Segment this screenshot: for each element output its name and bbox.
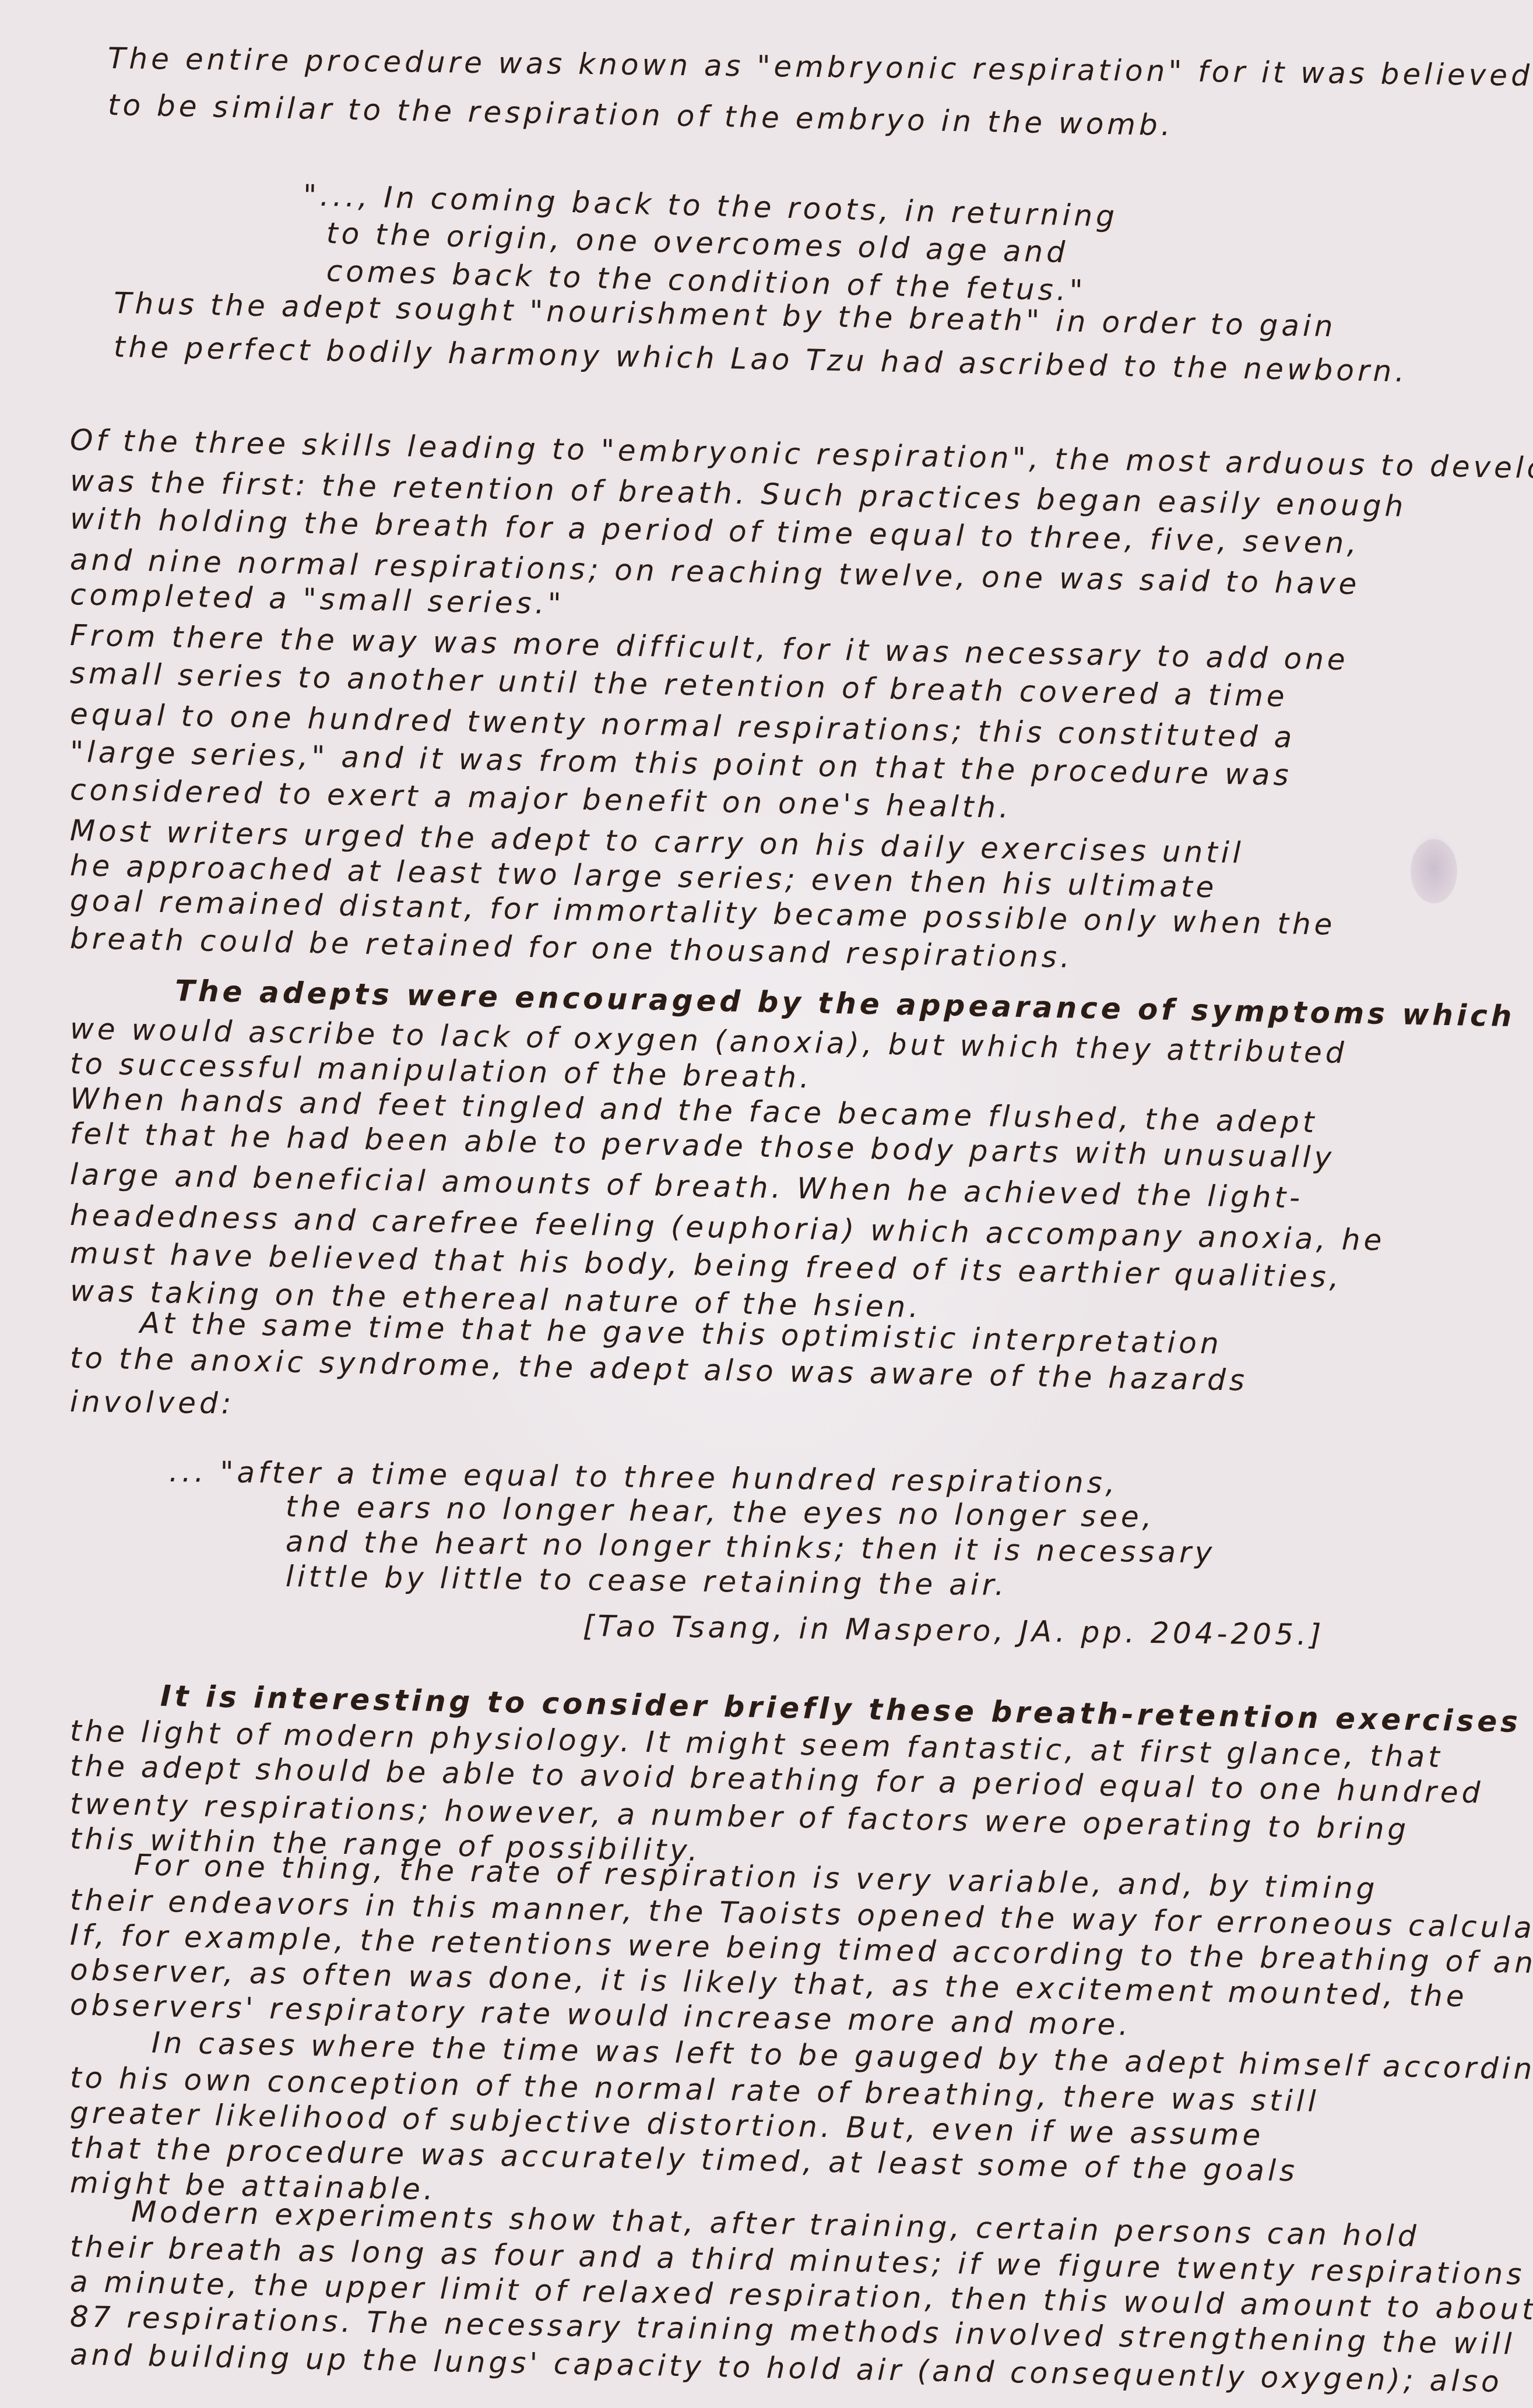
text-line: involved: [70, 1384, 235, 1421]
ink-smudge [1411, 839, 1457, 903]
handwritten-page: The entire procedure was known as "embry… [0, 0, 1533, 2408]
text-line: to be similar to the respiration of the … [107, 87, 1174, 143]
text-line: The entire procedure was known as "embry… [108, 41, 1533, 93]
citation: [Tao Tsang, in Maspero, JA. pp. 204-205.… [583, 1608, 1325, 1653]
